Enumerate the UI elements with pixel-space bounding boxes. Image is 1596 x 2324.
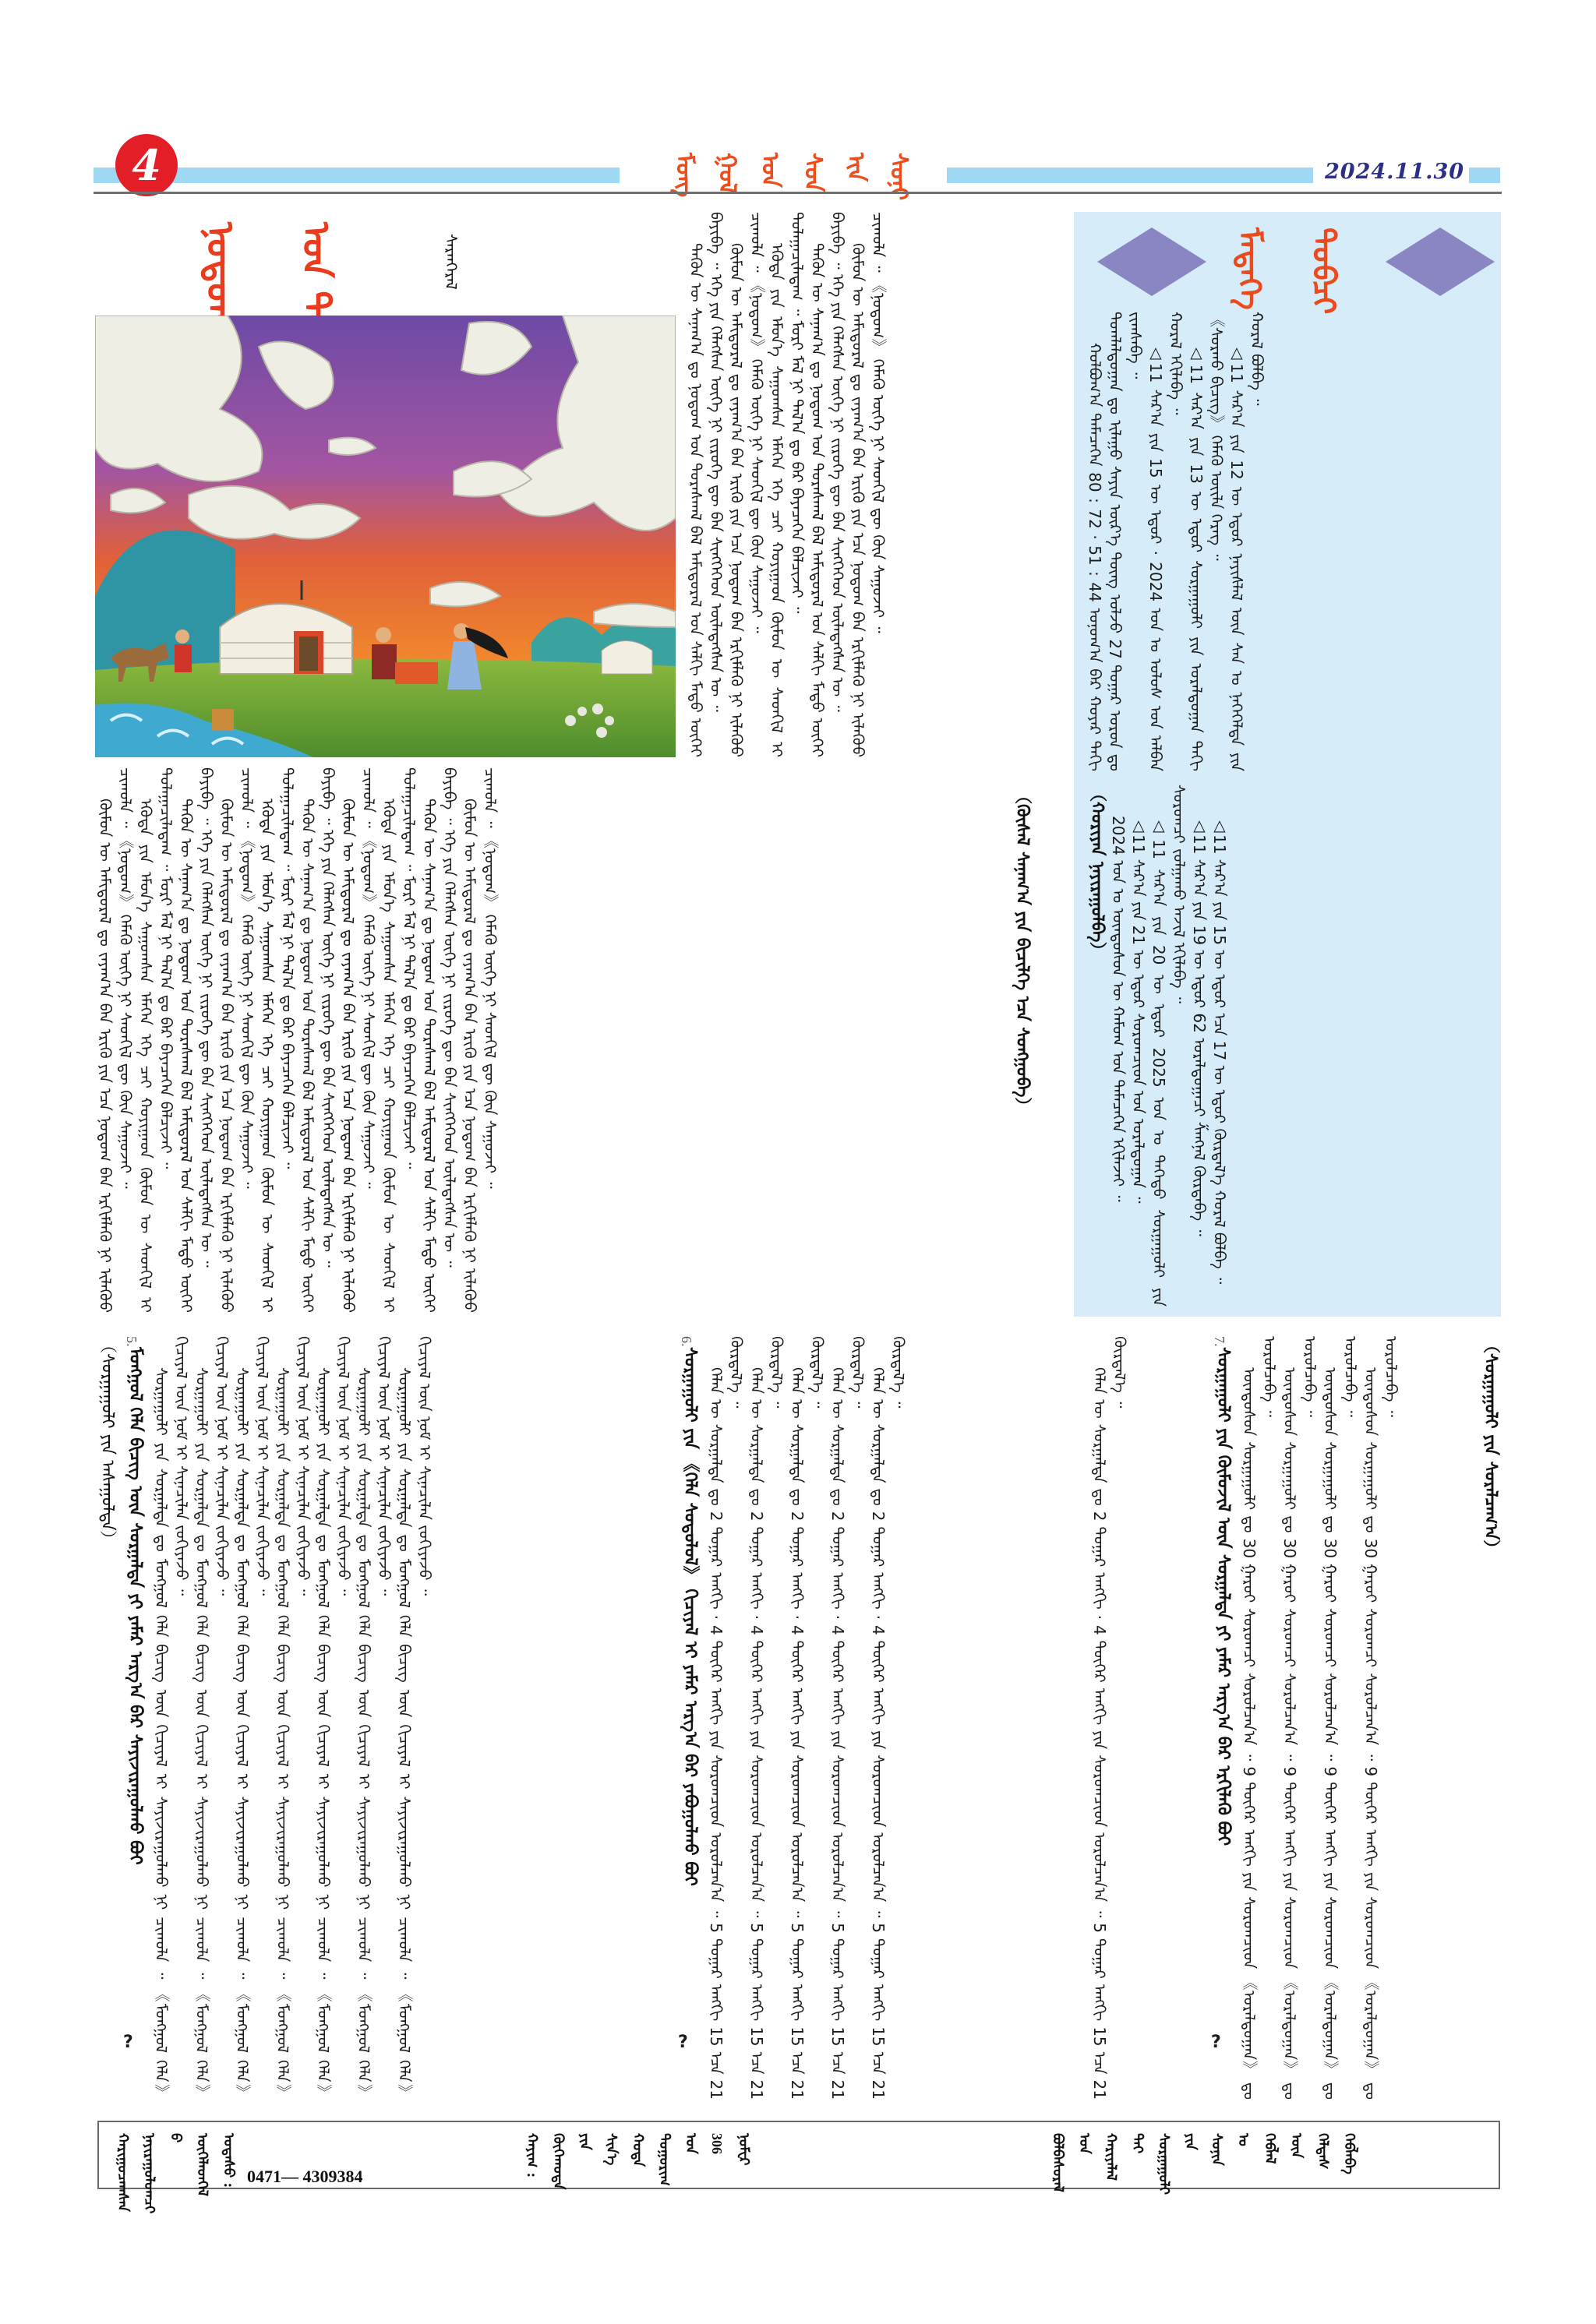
- paragraph: ᠡᠭᠦᠳᠡ ᠶᠢᠨ ᠡᠮᠦᠨ᠎ᠡ ᠰᠠᠭᠤᠭᠰᠠᠨ ᠡᠮᠡᠭᠡᠨ ᠡᠬᠡ ᠴᠠᠢ…: [136, 767, 176, 1313]
- section-6-body: ᠬᠡᠯᠡᠨ ᠦ ᠰᠤᠷᠭᠠᠯᠲᠠ ᠳᠤ 2 ᠳᠤᠭᠠᠷ ᠠᠩᠭᠢ · 4 ᠳᠦᠭ…: [706, 1336, 1083, 2100]
- news-list-upper: ᠬᠣᠯᠪᠣᠭ᠎ᠠ ᠲᠡᠮᠡᠴᠡᠭᠡᠨ 80 : 72 · 51 : 44 ᠣᠨᠤ…: [1085, 312, 1490, 771]
- news-item: △11 ᠰᠠᠷ᠎ᠠ ᠶᠢᠨ 13 ᠦ ᠡᠳᠦᠷ ᠰᠤᠷᠭᠠᠭᠤᠯᠢ ᠶᠢᠨ ᠤᠷ…: [1186, 312, 1227, 771]
- closing-heading: （ᠰᠤᠷᠭᠠᠭᠤᠯᠢ ᠶᠢᠨ ᠰᠤᠷᠠᠯᠴᠠᠭ᠎ᠠ）: [1478, 1336, 1502, 2111]
- footer-phone: ᠬᠠᠷᠢᠭᠤᠴᠠᠭᠰᠠᠨ ᠨᠠᠶᠢᠷᠠᠭᠤᠯᠤᠭᠴᠢ ᠪ ᠦᠬᠡᠯᠡᠳᠬᠡᠯ ᠤ…: [115, 2133, 363, 2213]
- news-item: △11 ᠰᠠᠷ᠎ᠠ ᠶᠢᠨ 12 ᠦ ᠡᠳᠦᠷ ᠨᠡᠶᠢᠰᠯᠡᠯ ᠦᠨ ᠰᠠᠨ …: [1227, 312, 1267, 771]
- paragraph: ᠲᠡᠭᠦᠨ ᠦ ᠰᠠᠨᠠᠭ᠎ᠠ ᠳᠤ ᠨᠤᠲᠤᠭ ᠤᠨ ᠳᠤᠷᠠᠰᠬᠠᠯ ᠪᠠᠯ…: [298, 767, 338, 1313]
- section-7-heading-wrap: 7. ᠰᠤᠷᠭᠠᠭᠤᠯᠢ ᠶᠢᠨ ᠬᠦᠮᠦᠵᠢᠯ ᠦᠨ ᠰᠤᠷᠭᠠᠯᠲᠠ ᠶᠢ …: [1211, 1336, 1234, 2111]
- section-6-heading: ᠰᠤᠷᠭᠠᠭᠤᠯᠢ ᠶᠢᠨ 《ᠬᠡᠯᠡ ᠰᠤᠳᠤᠯᠤᠯ》 ᠬᠢᠴᠢᠶᠡᠯ ᠢ ᠶ…: [678, 1347, 701, 2033]
- question-mark: ?: [678, 2033, 701, 2052]
- section-6-heading-wrap: 6. ᠰᠤᠷᠭᠠᠭᠤᠯᠢ ᠶᠢᠨ 《ᠬᠡᠯᠡ ᠰᠤᠳᠤᠯᠤᠯ》 ᠬᠢᠴᠢᠶᠡᠯ …: [678, 1336, 701, 2111]
- feature-illustration: [95, 316, 676, 757]
- paragraph: ᠬᠦᠮᠦᠨ ᠦ ᠠᠮᠢᠳᠤᠷᠠᠯ ᠳᠤ ᠵᠠᠶᠠᠭ᠎ᠠ ᠪᠠᠨ ᠡᠷᠢᠬᠦ ᠶᠢ…: [95, 767, 136, 1313]
- section-number: 6.: [678, 1336, 701, 1347]
- section-6: 6. ᠰᠤᠷᠭᠠᠭᠤᠯᠢ ᠶᠢᠨ 《ᠬᠡᠯᠡ ᠰᠤᠳᠤᠯᠤᠯ》 ᠬᠢᠴᠢᠶᠡᠯ …: [678, 1336, 1083, 2111]
- paragraph: ᠲᠡᠭᠦᠨ ᠦ ᠰᠠᠨᠠᠭ᠎ᠠ ᠳᠤ ᠨᠤᠲᠤᠭ ᠤᠨ ᠳᠤᠷᠠᠰᠬᠠᠯ ᠪᠠᠯ…: [686, 212, 726, 757]
- section-5-heading-wrap: 5. ᠮᠣᠩᠭᠣᠯ ᠬᠡᠯᠡ ᠪᠢᠴᠢᠭ ᠦᠨ ᠰᠤᠷᠭᠠᠯᠲᠠ ᠶᠢ ᠶᠠᠮᠠ…: [123, 1336, 147, 2111]
- triangle-marker-icon: △: [1227, 343, 1246, 363]
- issue-date: 2024.11.30: [1325, 160, 1464, 184]
- paragraph: ᠬᠦᠮᠦᠨ ᠦ ᠠᠮᠢᠳᠤᠷᠠᠯ ᠳᠤ ᠵᠠᠶᠠᠭ᠎ᠠ ᠪᠠᠨ ᠡᠷᠢᠬᠦ ᠶᠢ…: [726, 212, 767, 757]
- paragraph: ᠬᠦᠮᠦᠨ ᠦ ᠠᠮᠢᠳᠤᠷᠠᠯ ᠳᠤ ᠵᠠᠶᠠᠭ᠎ᠠ ᠪᠠᠨ ᠡᠷᠢᠬᠦ ᠶᠢ…: [217, 767, 257, 1313]
- news-item: ᠬᠣᠯᠪᠣᠭ᠎ᠠ ᠲᠡᠮᠡᠴᠡᠭᠡᠨ 80 : 72 · 51 : 44 ᠣᠨᠤ…: [1085, 312, 1146, 771]
- news-item: △11 ᠰᠠᠷ᠎ᠠ ᠶᠢᠨ 21 ᠦ ᠡᠳᠦᠷ ᠰᠤᠷᠤᠭᠴᠢᠳ ᠤᠨ ᠤᠷᠠᠯ…: [1128, 785, 1149, 1307]
- paragraph: ᠬᠦᠮᠦᠨ ᠦ ᠠᠮᠢᠳᠤᠷᠠᠯ ᠳᠤ ᠵᠠᠶᠠᠭ᠎ᠠ ᠪᠠᠨ ᠡᠷᠢᠬᠦ ᠶᠢ…: [338, 767, 379, 1313]
- header-bar-end: [1469, 168, 1500, 183]
- masthead-word: ᠤᠨ: [758, 153, 782, 188]
- news-item: 2024 ᠣᠨ ᠤ ᠦᠨᠳᠦᠰᠦᠨ ᠦ ᠬᠠᠮᠤᠭ ᠤᠨ ᠲᠡᠮᠡᠴᠡᠭᠡᠨ ᠡ…: [1108, 785, 1128, 1307]
- triangle-marker-icon: △: [1129, 816, 1148, 834]
- news-box-title-word: ᠲᠣᠪᠴᠢ: [1308, 227, 1339, 314]
- triangle-marker-icon: △: [1190, 816, 1209, 834]
- news-item: △11 ᠰᠠᠷ᠎ᠠ ᠶᠢᠨ 15 ᠦ ᠡᠳᠦᠷ · 2024 ᠣᠨ ᠤ ᠤᠯᠤᠰ…: [1146, 312, 1186, 771]
- page-number-badge: 4: [115, 134, 178, 196]
- news-list-lower: （ᠬᠣᠷᠢᠶᠠᠨ ᠨᠠᠶᠢᠷᠠᠭᠤᠯᠪᠠ） 2024 ᠣᠨ ᠤ ᠦᠨᠳᠦᠰᠦᠨ …: [1085, 785, 1490, 1307]
- news-box-title: ᠮᠡᠳᠡᠭᠡ ᠲᠣᠪᠴᠢ: [1234, 227, 1339, 314]
- triangle-marker-icon: △: [1187, 343, 1206, 365]
- news-item: △11 ᠰᠠᠷ᠎ᠠ ᠶᠢᠨ 19 ᠦ ᠡᠳᠦᠷ 62 ᠤᠷᠠᠯᠳᠤᠭᠠᠴᠢ ᠱᠠ…: [1189, 785, 1209, 1307]
- question-mark: ?: [123, 2033, 147, 2052]
- masthead-word: ᠢᠨ: [844, 153, 867, 182]
- masthead-word: ᠭᠣᠯ: [715, 153, 739, 193]
- paragraph: ᠬᠦᠮᠦᠨ ᠦ ᠠᠮᠢᠳᠤᠷᠠᠯ ᠳᠤ ᠵᠠᠶᠠᠭ᠎ᠠ ᠪᠠᠨ ᠡᠷᠢᠬᠦ ᠶᠢ…: [460, 767, 500, 1313]
- section-7: ᠬᠡᠯᠡᠨ ᠦ ᠰᠤᠷᠭᠠᠯᠲᠠ ᠳᠤ 2 ᠳᠤᠭᠠᠷ ᠠᠩᠭᠢ · 4 ᠳᠦᠭ…: [1089, 1336, 1502, 2111]
- section-5: （ᠰᠤᠷᠭᠠᠭᠤᠯᠢ ᠶᠢᠨ ᠠᠰᠠᠭᠤᠯᠲᠠ） 5. ᠮᠣᠩᠭᠣᠯ ᠬᠡᠯᠡ …: [95, 1336, 672, 2111]
- news-item: △11 ᠰᠠᠷ᠎ᠠ ᠶᠢᠨ 15 ᠦ ᠡᠳᠦᠷ ᠡᠴᠡ 17 ᠦ ᠡᠳᠦᠷ ᠬᠦ…: [1209, 785, 1230, 1307]
- news-inner-heading: （ᠬᠣᠷᠢᠶᠠᠨ ᠨᠠᠶᠢᠷᠠᠭᠤᠯᠪᠠ）: [1085, 785, 1108, 1307]
- masthead-word: ᠰᠣᠨ: [801, 153, 824, 192]
- paragraph: ᠬᠦᠮᠦᠨ ᠦ ᠠᠮᠢᠳᠤᠷᠠᠯ ᠳᠤ ᠵᠠᠶᠠᠭ᠎ᠠ ᠪᠠᠨ ᠡᠷᠢᠬᠦ ᠶᠢ…: [848, 212, 888, 757]
- news-item: △11 ᠰᠠᠷ᠎ᠠ ᠶᠢᠨ 20 ᠦ ᠡᠳᠦᠷ 2025 ᠣᠨ ᠤ ᠳᠡᠭᠡᠳᠦ…: [1149, 785, 1189, 1307]
- section-5-source: （ᠰᠤᠷᠭᠠᠭᠤᠯᠢ ᠶᠢᠨ ᠠᠰᠠᠭᠤᠯᠲᠠ）: [95, 1336, 118, 2111]
- footer-info-box: ᠬᠠᠷᠢᠭᠤᠴᠠᠭᠰᠠᠨ ᠨᠠᠶᠢᠷᠠᠭᠤᠯᠤᠭᠴᠢ ᠪ ᠦᠬᠡᠯᠡᠳᠬᠡᠯ ᠤ…: [97, 2121, 1500, 2189]
- feature-body-upper-right: ᠲᠡᠭᠦᠨ ᠦ ᠰᠠᠨᠠᠭ᠎ᠠ ᠳᠤ ᠨᠤᠲᠤᠭ ᠤᠨ ᠳᠤᠷᠠᠰᠬᠠᠯ ᠪᠠᠯ…: [686, 212, 1066, 757]
- feature-body-lower: ᠬᠦᠮᠦᠨ ᠦ ᠠᠮᠢᠳᠤᠷᠠᠯ ᠳᠤ ᠵᠠᠶᠠᠭ᠎ᠠ ᠪᠠᠨ ᠡᠷᠢᠬᠦ ᠶᠢ…: [95, 767, 976, 1313]
- news-brief-box: ᠮᠡᠳᠡᠭᠡ ᠲᠣᠪᠴᠢ ᠬᠣᠯᠪᠣᠭ᠎ᠠ ᠲᠡᠮᠡᠴᠡᠭᠡᠨ 80 : 72 …: [1074, 212, 1501, 1317]
- question-mark: ?: [1211, 2033, 1234, 2052]
- paragraph: ᠡᠭᠦᠳᠡ ᠶᠢᠨ ᠡᠮᠦᠨ᠎ᠡ ᠰᠠᠭᠤᠭᠰᠠᠨ ᠡᠮᠡᠭᠡᠨ ᠡᠬᠡ ᠴᠠᠢ…: [379, 767, 419, 1313]
- section-7-body: ᠦᠨᠳᠦᠰᠦᠨ ᠰᠤᠷᠭᠠᠭᠤᠯᠢ ᠳᠤ 30 ᠭᠠᠷᠤᠢ ᠰᠤᠷᠤᠭᠴᠢ ᠰᠤ…: [1239, 1336, 1474, 2100]
- section-number: 7.: [1211, 1336, 1234, 1347]
- paragraph: ᠡᠭᠦᠳᠡ ᠶᠢᠨ ᠡᠮᠦᠨ᠎ᠡ ᠰᠠᠭᠤᠭᠰᠠᠨ ᠡᠮᠡᠭᠡᠨ ᠡᠬᠡ ᠴᠠᠢ…: [257, 767, 298, 1313]
- section-6-continued: ᠬᠡᠯᠡᠨ ᠦ ᠰᠤᠷᠭᠠᠯᠲᠠ ᠳᠤ 2 ᠳᠤᠭᠠᠷ ᠠᠩᠭᠢ · 4 ᠳᠦᠭ…: [1089, 1336, 1206, 2100]
- footer-printer: ᠪᠣᠯᠪᠠᠰᠤᠷᠠᠯ ᠤᠨ ᠬᠠᠷᠢᠶᠠᠯᠠᠯ ᠲᠠᠢ ᠰᠤᠷᠭᠠᠭᠤᠯᠢ ᠶᠢ…: [1050, 2133, 1357, 2195]
- diamond-ornament-icon: [1386, 227, 1495, 296]
- section-5-heading: ᠮᠣᠩᠭᠣᠯ ᠬᠡᠯᠡ ᠪᠢᠴᠢᠭ ᠦᠨ ᠰᠤᠷᠭᠠᠯᠲᠠ ᠶᠢ ᠶᠠᠮᠠᠷ ᠠ…: [123, 1347, 147, 2033]
- phone-number: 0471— 4309384: [247, 2167, 363, 2187]
- section-7-heading: ᠰᠤᠷᠭᠠᠭᠤᠯᠢ ᠶᠢᠨ ᠬᠦᠮᠦᠵᠢᠯ ᠦᠨ ᠰᠤᠷᠭᠠᠯᠲᠠ ᠶᠢ ᠶᠠᠮ…: [1211, 1347, 1234, 2033]
- news-box-title-word: ᠮᠡᠳᠡᠭᠡ: [1234, 227, 1265, 314]
- header-rule: [94, 192, 1502, 194]
- triangle-marker-icon: △: [1210, 816, 1229, 834]
- triangle-marker-icon: △: [1149, 816, 1168, 839]
- paragraph: ᠡᠭᠦᠳᠡ ᠶᠢᠨ ᠡᠮᠦᠨ᠎ᠡ ᠰᠠᠭᠤᠭᠰᠠᠨ ᠡᠮᠡᠭᠡᠨ ᠡᠬᠡ ᠴᠠᠢ…: [767, 212, 807, 757]
- lower-article: （ᠰᠤᠷᠭᠠᠭᠤᠯᠢ ᠶᠢᠨ ᠠᠰᠠᠭᠤᠯᠲᠠ） 5. ᠮᠣᠩᠭᠣᠯ ᠬᠡᠯᠡ …: [95, 1336, 1502, 2111]
- header-bar-right: [947, 168, 1313, 183]
- paragraph: ᠲᠡᠭᠦᠨ ᠦ ᠰᠠᠨᠠᠭ᠎ᠠ ᠳᠤ ᠨᠤᠲᠤᠭ ᠤᠨ ᠳᠤᠷᠠᠰᠬᠠᠯ ᠪᠠᠯ…: [807, 212, 848, 757]
- section-number: 5.: [123, 1336, 147, 1347]
- triangle-marker-icon: △: [1146, 343, 1165, 363]
- paragraph: ᠲᠡᠭᠦᠨ ᠦ ᠰᠠᠨᠠᠭ᠎ᠠ ᠳᠤ ᠨᠤᠲᠤᠭ ᠤᠨ ᠳᠤᠷᠠᠰᠬᠠᠯ ᠪᠠᠯ…: [176, 767, 217, 1313]
- footer-address: ᠬᠠᠶᠢᠭ : ᠬᠥᠬᠡᠬᠣᠲᠠ ᠶᠢᠨ ᠰᠢᠨ᠎ᠡ ᠬᠣᠲᠠ ᠲᠣᠭᠣᠷᠢᠭ …: [524, 2133, 751, 2190]
- paragraph: ᠲᠡᠭᠦᠨ ᠦ ᠰᠠᠨᠠᠭ᠎ᠠ ᠳᠤ ᠨᠤᠲᠤᠭ ᠤᠨ ᠳᠤᠷᠠᠰᠬᠠᠯ ᠪᠠᠯ…: [419, 767, 460, 1313]
- feature-byline: ᠰᠠᠷᠠᠨᠭᠡᠷᠡᠯ: [438, 234, 465, 290]
- section-5-body: ᠰᠤᠷᠭᠠᠭᠤᠯᠢ ᠶᠢᠨ ᠰᠤᠷᠭᠠᠯᠲᠠ ᠳᠤ ᠮᠣᠩᠭᠣᠯ ᠬᠡᠯᠡ ᠪᠢ…: [151, 1336, 672, 2100]
- diamond-ornament-icon: [1097, 227, 1206, 296]
- painting-image-icon: [95, 316, 676, 757]
- masthead-word: ᠮᠣᠩ: [673, 153, 696, 197]
- feature-source-note: （ᠬᠦᠰᠡᠯ ᠰᠠᠨᠠᠭ᠎ᠠ ᠶᠢᠨ ᠪᠢᠴᠢᠯᠭᠡ ᠡᠴᠡ ᠰᠣᠩᠭᠤᠪᠠ）: [1010, 787, 1033, 1254]
